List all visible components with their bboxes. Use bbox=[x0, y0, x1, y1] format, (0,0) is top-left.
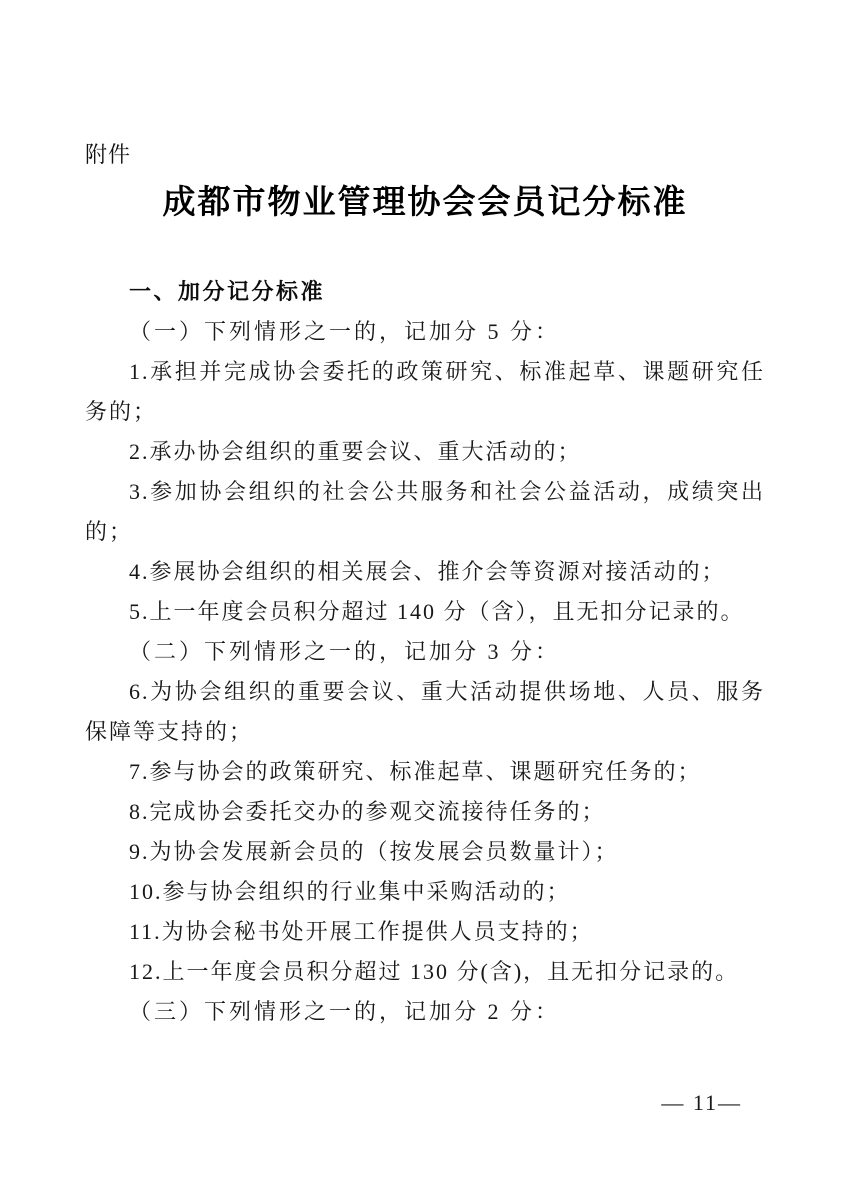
list-item-9: 9.为协会发展新会员的（按发展会员数量计）； bbox=[85, 832, 765, 872]
document-body: 一、加分记分标准 （一）下列情形之一的，记加分 5 分： 1.承担并完成协会委托… bbox=[85, 272, 765, 1032]
sub-heading-category-3: （三）下列情形之一的，记加分 2 分： bbox=[85, 992, 765, 1032]
page-number: — 11— bbox=[661, 1090, 742, 1116]
section-heading-bonus-standards: 一、加分记分标准 bbox=[85, 272, 765, 312]
list-item-2: 2.承办协会组织的重要会议、重大活动的； bbox=[85, 432, 765, 472]
attachment-label: 附件 bbox=[85, 143, 765, 167]
list-item-11: 11.为协会秘书处开展工作提供人员支持的； bbox=[85, 912, 765, 952]
list-item-8: 8.完成协会委托交办的参观交流接待任务的； bbox=[85, 792, 765, 832]
list-item-3: 3.参加协会组织的社会公共服务和社会公益活动，成绩突出的； bbox=[85, 472, 765, 552]
document-title: 成都市物业管理协会会员记分标准 bbox=[85, 181, 765, 225]
list-item-5: 5.上一年度会员积分超过 140 分（含），且无扣分记录的。 bbox=[85, 592, 765, 632]
list-item-1: 1.承担并完成协会委托的政策研究、标准起草、课题研究任务的； bbox=[85, 352, 765, 432]
list-item-7: 7.参与协会的政策研究、标准起草、课题研究任务的； bbox=[85, 752, 765, 792]
sub-heading-category-1: （一）下列情形之一的，记加分 5 分： bbox=[85, 312, 765, 352]
list-item-12: 12.上一年度会员积分超过 130 分(含)，且无扣分记录的。 bbox=[85, 952, 765, 992]
sub-heading-category-2: （二）下列情形之一的，记加分 3 分： bbox=[85, 632, 765, 672]
list-item-10: 10.参与协会组织的行业集中采购活动的； bbox=[85, 872, 765, 912]
list-item-4: 4.参展协会组织的相关展会、推介会等资源对接活动的； bbox=[85, 552, 765, 592]
list-item-6: 6.为协会组织的重要会议、重大活动提供场地、人员、服务保障等支持的； bbox=[85, 672, 765, 752]
document-page: 附件 成都市物业管理协会会员记分标准 一、加分记分标准 （一）下列情形之一的，记… bbox=[0, 0, 850, 1203]
